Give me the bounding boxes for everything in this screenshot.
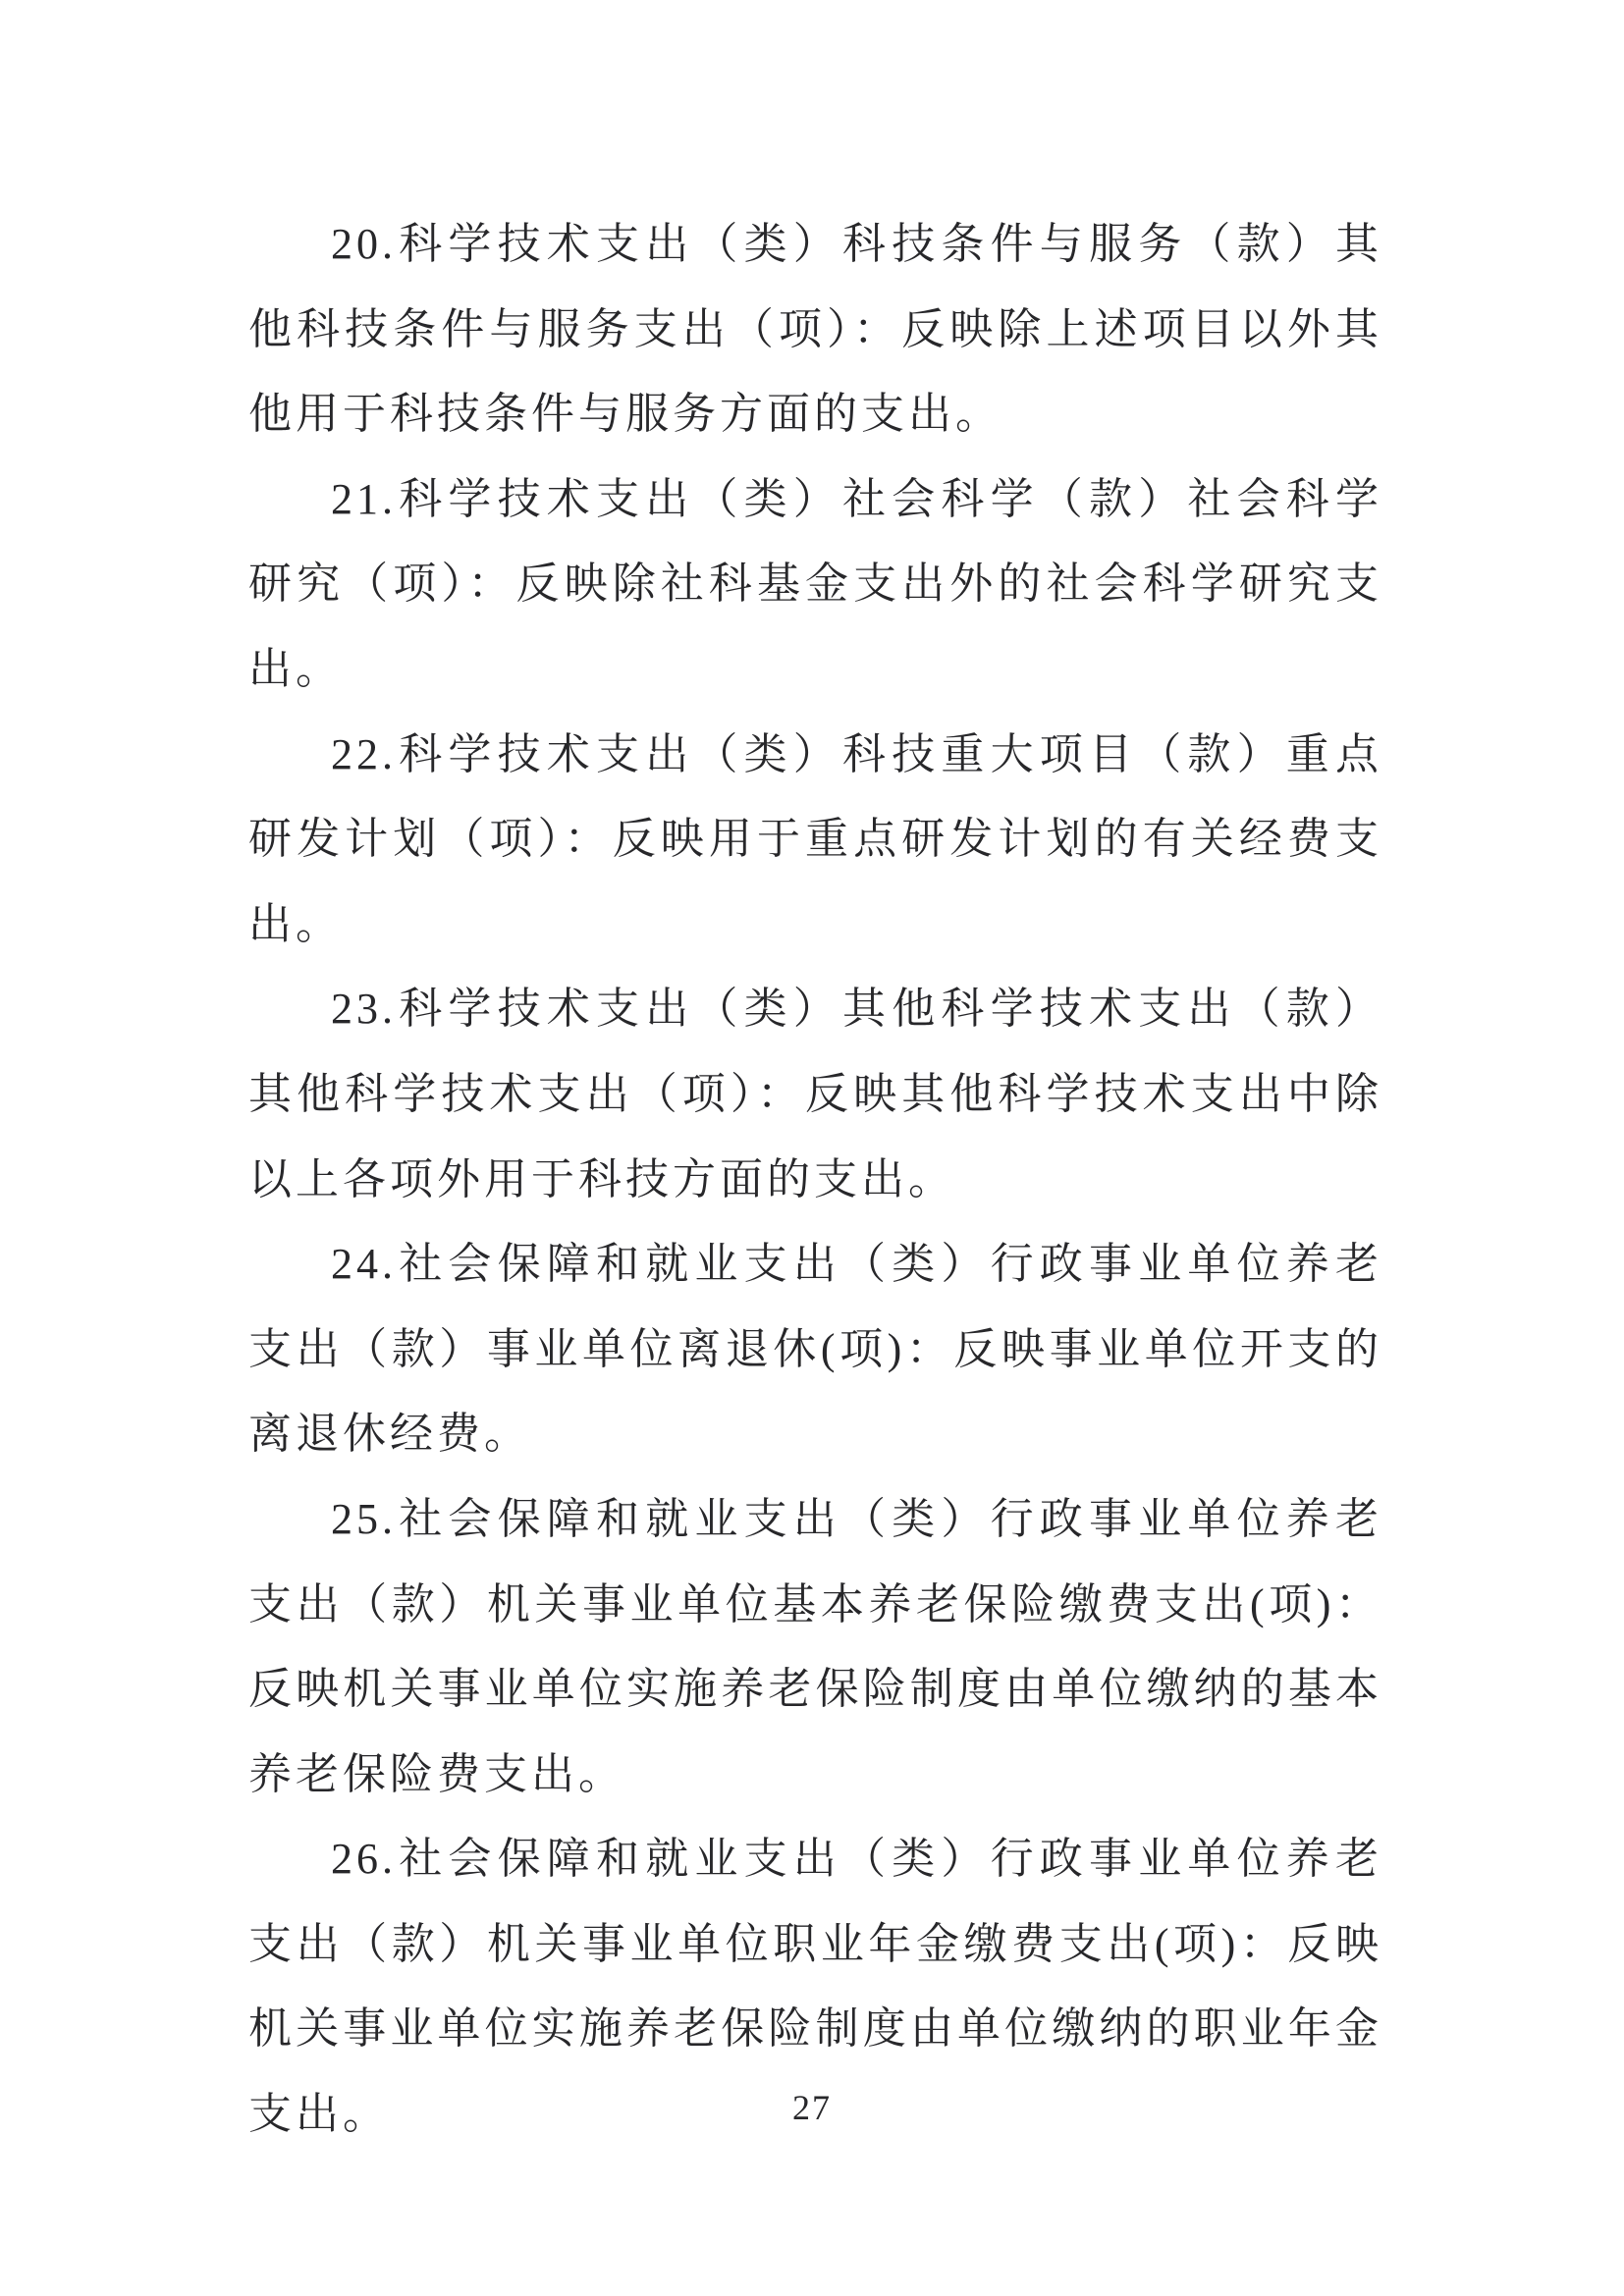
- document-page: 20.科学技术支出（类）科技条件与服务（款）其他科技条件与服务支出（项）：反映除…: [0, 0, 1624, 2296]
- paragraph-item-20: 20.科学技术支出（类）科技条件与服务（款）其他科技条件与服务支出（项）：反映除…: [248, 202, 1382, 457]
- paragraph-item-24: 24.社会保障和就业支出（类）行政事业单位养老支出（款）事业单位离退休(项)：反…: [248, 1222, 1382, 1477]
- paragraph-item-21: 21.科学技术支出（类）社会科学（款）社会科学研究（项）：反映除社科基金支出外的…: [248, 457, 1382, 713]
- paragraph-item-25: 25.社会保障和就业支出（类）行政事业单位养老支出（款）机关事业单位基本养老保险…: [248, 1477, 1382, 1817]
- paragraph-item-22: 22.科学技术支出（类）科技重大项目（款）重点研发计划（项）：反映用于重点研发计…: [248, 713, 1382, 968]
- page-number: 27: [0, 2087, 1624, 2128]
- paragraph-item-23: 23.科学技术支出（类）其他科学技术支出（款）其他科学技术支出（项）：反映其他科…: [248, 967, 1382, 1222]
- text-block: 20.科学技术支出（类）科技条件与服务（款）其他科技条件与服务支出（项）：反映除…: [248, 202, 1382, 2158]
